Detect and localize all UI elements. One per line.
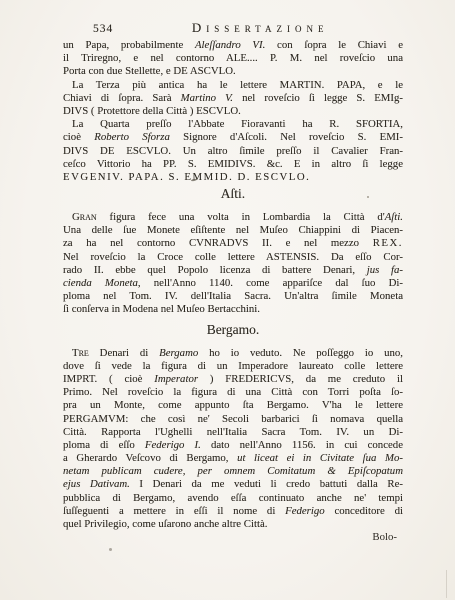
text-segment: ſi conſerva in Modena nel Muſeo Bertacch… [63,303,260,315]
text-segment: ceſco Vittorio ha PP. S. EMIDIVS. &c. E … [63,158,403,170]
text-segment: La Terza più antica ha le lettere MARTIN… [72,79,403,91]
text-segment: Imperator [154,373,198,385]
text-segment: ploma nel Tom. IV. dell'Italia Sacra. Un… [63,290,403,302]
text-segment: Gran [72,211,97,223]
text-segment: ſuſſeguenti a mettere in eſſi il nome di [63,505,285,517]
text-line: Nel roveſcio la Croce colle lettere ASTE… [63,251,403,264]
text-line: cioè Roberto Sforza Signore d'Aſcoli. Ne… [63,131,403,144]
text-line: La Quarta preſſo l'Abbate Fioravanti ha … [63,118,403,131]
text-line: Tre Denari di Bergamo ho io veduto. Ne p… [63,347,403,360]
text-line: netam publicam cudere, per omnem Comitat… [63,465,403,478]
text-segment: I Denari da me veduti li credo battuti d… [130,478,403,490]
text-segment: nel roveſcio ſi legge S. EMIg- [233,92,403,104]
text-segment: ploma di eſſo [63,439,145,451]
text-line: un Papa, probabilmente Aleſſandro VI. co… [63,39,403,52]
text-segment: pubblica di Bergamo, avendo eſſa continu… [63,492,403,504]
text-segment: jus fa- [367,264,403,276]
text-line: ceſco Vittorio ha PP. S. EMIDIVS. &c. E … [63,158,403,171]
book-page: 534 Dissertazione un Papa, probabilmente… [0,0,455,600]
text-segment: ejus Dativam. [63,478,130,490]
text-segment: con ſopra le Chiavi e [265,39,403,51]
scan-speck [109,548,112,551]
text-segment: ho io veduto. Ne poſſeggo io uno, [198,347,403,359]
text-line: ejus Dativam. I Denari da me veduti li c… [63,478,403,491]
text-segment: un Papa, probabilmente [63,39,195,51]
text-segment: dove ſi vede la figura di un Imperadore … [63,360,403,372]
text-line: DIVS DE ESCVLO. Un altro ſimile preſſo i… [63,145,403,158]
text-line: ploma di eſſo Federigo I. dato nell'Anno… [63,439,403,452]
text-segment: cienda Moneta [63,277,138,289]
text-line: Città. Rapporta l'Ughelli nell'Italia Sa… [63,426,403,439]
section-heading-asti: Aſti. [63,186,403,202]
text-segment: DIVS ( Protettore della Città ) ESCVLO. [63,105,241,117]
text-segment: Primo. Nel roveſcio la figura di una Cit… [63,386,403,398]
text-line: ſi conſerva in Modena nel Muſeo Bertacch… [63,303,403,316]
text-segment: figura fece una volta in Lombardia la Ci… [97,211,385,223]
text-block: 534 Dissertazione un Papa, probabilmente… [63,21,403,531]
text-segment: Denari di [89,347,159,359]
text-line: Primo. Nel roveſcio la figura di una Cit… [63,386,403,399]
paragraph: un Papa, probabilmente Aleſſandro VI. co… [63,39,403,79]
text-segment: Federigo I. [145,439,201,451]
text-segment: EVGENIV. PAPA. S. EMMID. D. ESCVLO. [63,171,310,183]
text-line: rado II. ebbe quel Popolo licenza di bat… [63,264,403,277]
text-line: DIVS ( Protettore della Città ) ESCVLO. [63,105,403,118]
text-segment: Tre [72,347,89,359]
text-segment: IMPRT. ( cioè [63,373,154,385]
text-segment: Porta con due Stellette, e DE ASCVLO. [63,65,236,77]
text-segment: Città. Rapporta l'Ughelli nell'Italia Sa… [63,426,403,438]
text-line: pubblica di Bergamo, avendo eſſa continu… [63,492,403,505]
text-segment: quel Privilegio, come uſarono anche altr… [63,518,267,530]
text-segment: La Quarta preſſo l'Abbate Fioravanti ha … [72,118,403,130]
text-line: ploma nel Tom. IV. dell'Italia Sacra. Un… [63,290,403,303]
scan-speck [367,196,369,198]
text-segment: DIVS DE ESCVLO. Un altro ſimile preſſo i… [63,145,403,157]
page-number: 534 [93,23,113,36]
text-segment: za ha nel contorno CVNRADVS II. e nel me… [63,237,373,249]
text-line: a Gherardo Veſcovo di Bergamo, ut liceat… [63,452,403,465]
text-line: Chiavi di ſopra. Sarà Martino V. nel rov… [63,92,403,105]
text-line: Una delle ſue Monete eſiſtente nel Muſeo… [63,224,403,237]
text-line: quel Privilegio, come uſarono anche altr… [63,518,403,531]
text-segment: Aſti. [385,211,403,223]
paragraph: Tre Denari di Bergamo ho io veduto. Ne p… [63,347,403,532]
scan-edge-line [446,570,447,598]
text-segment: Martino V. [181,92,233,104]
text-segment: pra un Monte, come appunto ſta Bergamo. … [63,399,403,411]
text-segment: ) FREDERICVS, da me creduto il [198,373,403,385]
text-segment: ut liceat ei in Civitate ſua Mo- [237,452,403,464]
text-segment: netam publicam cudere, per omnem Comitat… [63,465,403,477]
text-line: La Terza più antica ha le lettere MARTIN… [63,79,403,92]
text-segment: Aleſſandro VI. [195,39,265,51]
text-segment: Nel roveſcio la Croce colle lettere ASTE… [63,251,403,263]
text-line: il Triregno, e nel contorno ALE.... P. M… [63,52,403,65]
text-line: Porta con due Stellette, e DE ASCVLO. [63,65,403,78]
text-segment: cioè [63,131,94,143]
text-segment: Chiavi di ſopra. Sarà [63,92,181,104]
text-line: dove ſi vede la figura di un Imperadore … [63,360,403,373]
section-heading-bergamo: Bergamo. [63,322,403,338]
text-segment: , nell'Anno 1140. come appariſce dal ſuo… [138,277,403,289]
catchword: Bolo- [372,531,397,543]
text-line: za ha nel contorno CVNRADVS II. e nel me… [63,237,403,250]
text-segment: a Gherardo Veſcovo di Bergamo, [63,452,237,464]
text-line: PERGAMVM: che così ne' Secoli barbarici … [63,413,403,426]
text-segment: Roberto Sforza [94,131,170,143]
text-segment: dato nell'Anno 1156. in cui concede [201,439,403,451]
text-segment: PERGAMVM: che così ne' Secoli barbarici … [63,413,403,425]
text-line: Gran figura fece una volta in Lombardia … [63,211,403,224]
text-segment: REX. [373,237,403,249]
text-line: IMPRT. ( cioè Imperator ) FREDERICVS, da… [63,373,403,386]
text-segment: conceditore di [325,505,403,517]
text-segment: rado II. ebbe quel Popolo licenza di bat… [63,264,367,276]
paragraph: La Quarta preſſo l'Abbate Fioravanti ha … [63,118,403,184]
running-title: Dissertazione [117,21,403,34]
text-line: EVGENIV. PAPA. S. EMMID. D. ESCVLO. [63,171,403,184]
text-segment: il Triregno, e nel contorno ALE.... P. M… [63,52,403,64]
paragraph: Gran figura fece una volta in Lombardia … [63,211,403,317]
text-segment: Federigo [285,505,325,517]
text-segment: Bergamo [159,347,198,359]
text-line: ſuſſeguenti a mettere in eſſi il nome di… [63,505,403,518]
text-segment: Una delle ſue Monete eſiſtente nel Muſeo… [63,224,403,236]
text-segment: Signore d'Aſcoli. Nel roveſcio S. EMI- [170,131,403,143]
text-block-content: un Papa, probabilmente Aleſſandro VI. co… [63,39,403,531]
page-header: 534 Dissertazione [63,21,403,39]
text-line: cienda Moneta, nell'Anno 1140. come appa… [63,277,403,290]
text-line: pra un Monte, come appunto ſta Bergamo. … [63,399,403,412]
paragraph: La Terza più antica ha le lettere MARTIN… [63,79,403,119]
